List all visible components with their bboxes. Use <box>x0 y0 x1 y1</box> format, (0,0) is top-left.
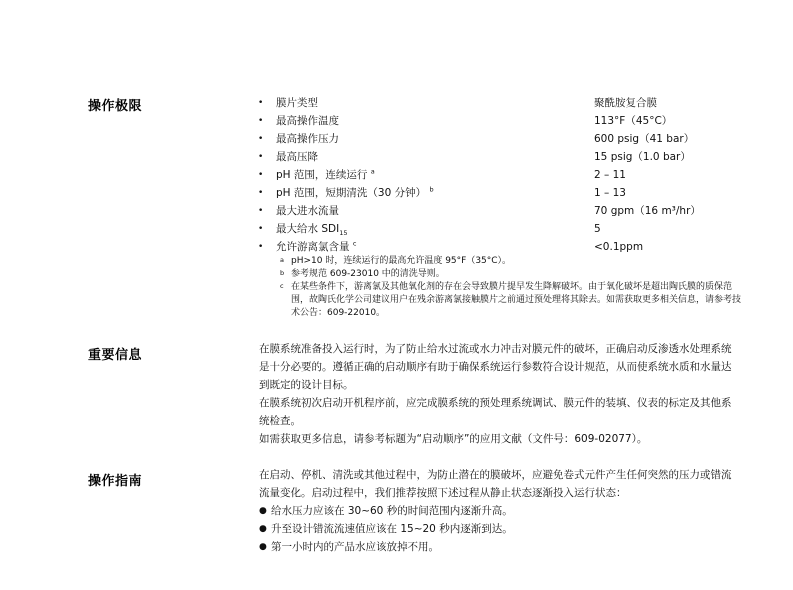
limit-value: 113°F（45°C） <box>594 112 672 130</box>
limit-label: 膜片类型 <box>276 94 318 112</box>
limit-row-ph-cleaning: • pH 范围，短期清洗（30 分钟） b 1 – 13 <box>258 184 758 202</box>
footnote-ref: b <box>429 186 433 194</box>
bullet-icon: • <box>258 166 263 184</box>
bullet-icon: • <box>258 220 263 238</box>
guide-list: ● 给水压力应该在 30~60 秒的时间范围内逐渐升高。 ● 升至设计错流流速值… <box>259 502 739 556</box>
list-item-text: 给水压力应该在 30~60 秒的时间范围内逐渐升高。 <box>271 505 513 517</box>
limit-row-max-feed-flow: • 最大进水流量 70 gpm（16 m³/hr） <box>258 202 758 220</box>
bullet-icon: • <box>258 130 263 148</box>
bullet-icon: • <box>258 184 263 202</box>
limit-value: 600 psig（41 bar） <box>594 130 694 148</box>
footnote-mark: c <box>280 280 284 293</box>
limit-value: <0.1ppm <box>594 238 643 256</box>
list-item: ● 第一小时内的产品水应该放掉不用。 <box>259 538 739 556</box>
limit-value: 聚酰胺复合膜 <box>594 94 657 112</box>
limit-label: pH 范围，连续运行 a <box>276 166 375 184</box>
limit-row-ph-continuous: • pH 范围，连续运行 a 2 – 11 <box>258 166 758 184</box>
limit-label-text: 最大给水 SDI <box>276 223 339 235</box>
footnote-text: pH>10 时，连续运行的最高允许温度 95°F（35°C）。 <box>291 256 511 266</box>
paragraph: 如需获取更多信息，请参考标题为“启动顺序”的应用文献（文件号：609-02077… <box>259 430 739 448</box>
paragraph: 在膜系统初次启动开机程序前，应完成膜系统的预处理系统调试、膜元件的装填、仪表的标… <box>259 394 739 430</box>
footnote-mark: a <box>280 254 284 267</box>
list-item: ● 升至设计错流流速值应该在 15~20 秒内逐渐到达。 <box>259 520 739 538</box>
bullet-icon: • <box>258 148 263 166</box>
footnote-text: 参考规范 609-23010 中的清洗导则。 <box>291 269 445 279</box>
limit-row-free-chlorine: • 允许游离氯含量 c <0.1ppm <box>258 238 758 256</box>
limit-label: 最大给水 SDI15 <box>276 220 347 238</box>
limit-value: 5 <box>594 220 601 238</box>
limit-label: 最高操作温度 <box>276 112 339 130</box>
footnote-ref: c <box>353 240 357 248</box>
important-info-body: 在膜系统准备投入运行时，为了防止给水过流或水力冲击对膜元件的破坏，正确启动反渗透… <box>259 340 739 448</box>
limit-label-text: pH 范围，连续运行 <box>276 169 367 181</box>
list-item: ● 给水压力应该在 30~60 秒的时间范围内逐渐升高。 <box>259 502 739 520</box>
operating-limits-list: • 膜片类型 聚酰胺复合膜 • 最高操作温度 113°F（45°C） • 最高操… <box>258 94 758 256</box>
bullet-icon: • <box>258 112 263 130</box>
footnotes: a pH>10 时，连续运行的最高允许温度 95°F（35°C）。 b 参考规范… <box>280 255 745 320</box>
footnote-text: 在某些条件下，游离氯及其他氧化剂的存在会导致膜片提早发生降解破坏。由于氧化破坏是… <box>291 282 741 318</box>
limit-value: 2 – 11 <box>594 166 626 184</box>
limit-row-max-pressure-drop: • 最高压降 15 psig（1.0 bar） <box>258 148 758 166</box>
footnote-c: c 在某些条件下，游离氯及其他氧化剂的存在会导致膜片提早发生降解破坏。由于氧化破… <box>280 281 745 320</box>
operating-guide-body: 在启动、停机、清洗或其他过程中，为防止潜在的膜破坏，应避免卷式元件产生任何突然的… <box>259 466 739 556</box>
subscript: 15 <box>339 229 347 237</box>
section-title-important-info: 重要信息 <box>88 344 142 363</box>
bullet-icon: • <box>258 202 263 220</box>
limit-label: pH 范围，短期清洗（30 分钟） b <box>276 184 434 202</box>
limit-row-max-temperature: • 最高操作温度 113°F（45°C） <box>258 112 758 130</box>
bullet-icon: • <box>258 94 263 112</box>
bullet-icon: ● <box>259 538 267 556</box>
limit-label-text: 允许游离氯含量 <box>276 241 350 253</box>
bullet-icon: • <box>258 238 263 256</box>
limit-label: 最高压降 <box>276 148 318 166</box>
bullet-icon: ● <box>259 502 267 520</box>
limit-row-max-pressure: • 最高操作压力 600 psig（41 bar） <box>258 130 758 148</box>
limit-value: 1 – 13 <box>594 184 626 202</box>
footnote-ref: a <box>371 168 375 176</box>
limit-value: 15 psig（1.0 bar） <box>594 148 691 166</box>
paragraph: 在膜系统准备投入运行时，为了防止给水过流或水力冲击对膜元件的破坏，正确启动反渗透… <box>259 340 739 394</box>
limit-label-text: pH 范围，短期清洗（30 分钟） <box>276 187 426 199</box>
section-title-operating-limits: 操作极限 <box>88 95 142 114</box>
footnote-mark: b <box>280 267 284 280</box>
limit-value: 70 gpm（16 m³/hr） <box>594 202 701 220</box>
list-item-text: 升至设计错流流速值应该在 15~20 秒内逐渐到达。 <box>271 523 513 535</box>
footnote-a: a pH>10 时，连续运行的最高允许温度 95°F（35°C）。 <box>280 255 745 268</box>
limit-row-membrane-type: • 膜片类型 聚酰胺复合膜 <box>258 94 758 112</box>
section-title-operating-guide: 操作指南 <box>88 470 142 489</box>
bullet-icon: ● <box>259 520 267 538</box>
footnote-b: b 参考规范 609-23010 中的清洗导则。 <box>280 268 745 281</box>
limit-label: 最大进水流量 <box>276 202 339 220</box>
paragraph: 在启动、停机、清洗或其他过程中，为防止潜在的膜破坏，应避免卷式元件产生任何突然的… <box>259 466 739 502</box>
list-item-text: 第一小时内的产品水应该放掉不用。 <box>271 541 439 553</box>
limit-row-max-sdi: • 最大给水 SDI15 5 <box>258 220 758 238</box>
limit-label: 允许游离氯含量 c <box>276 238 356 256</box>
limit-label: 最高操作压力 <box>276 130 339 148</box>
